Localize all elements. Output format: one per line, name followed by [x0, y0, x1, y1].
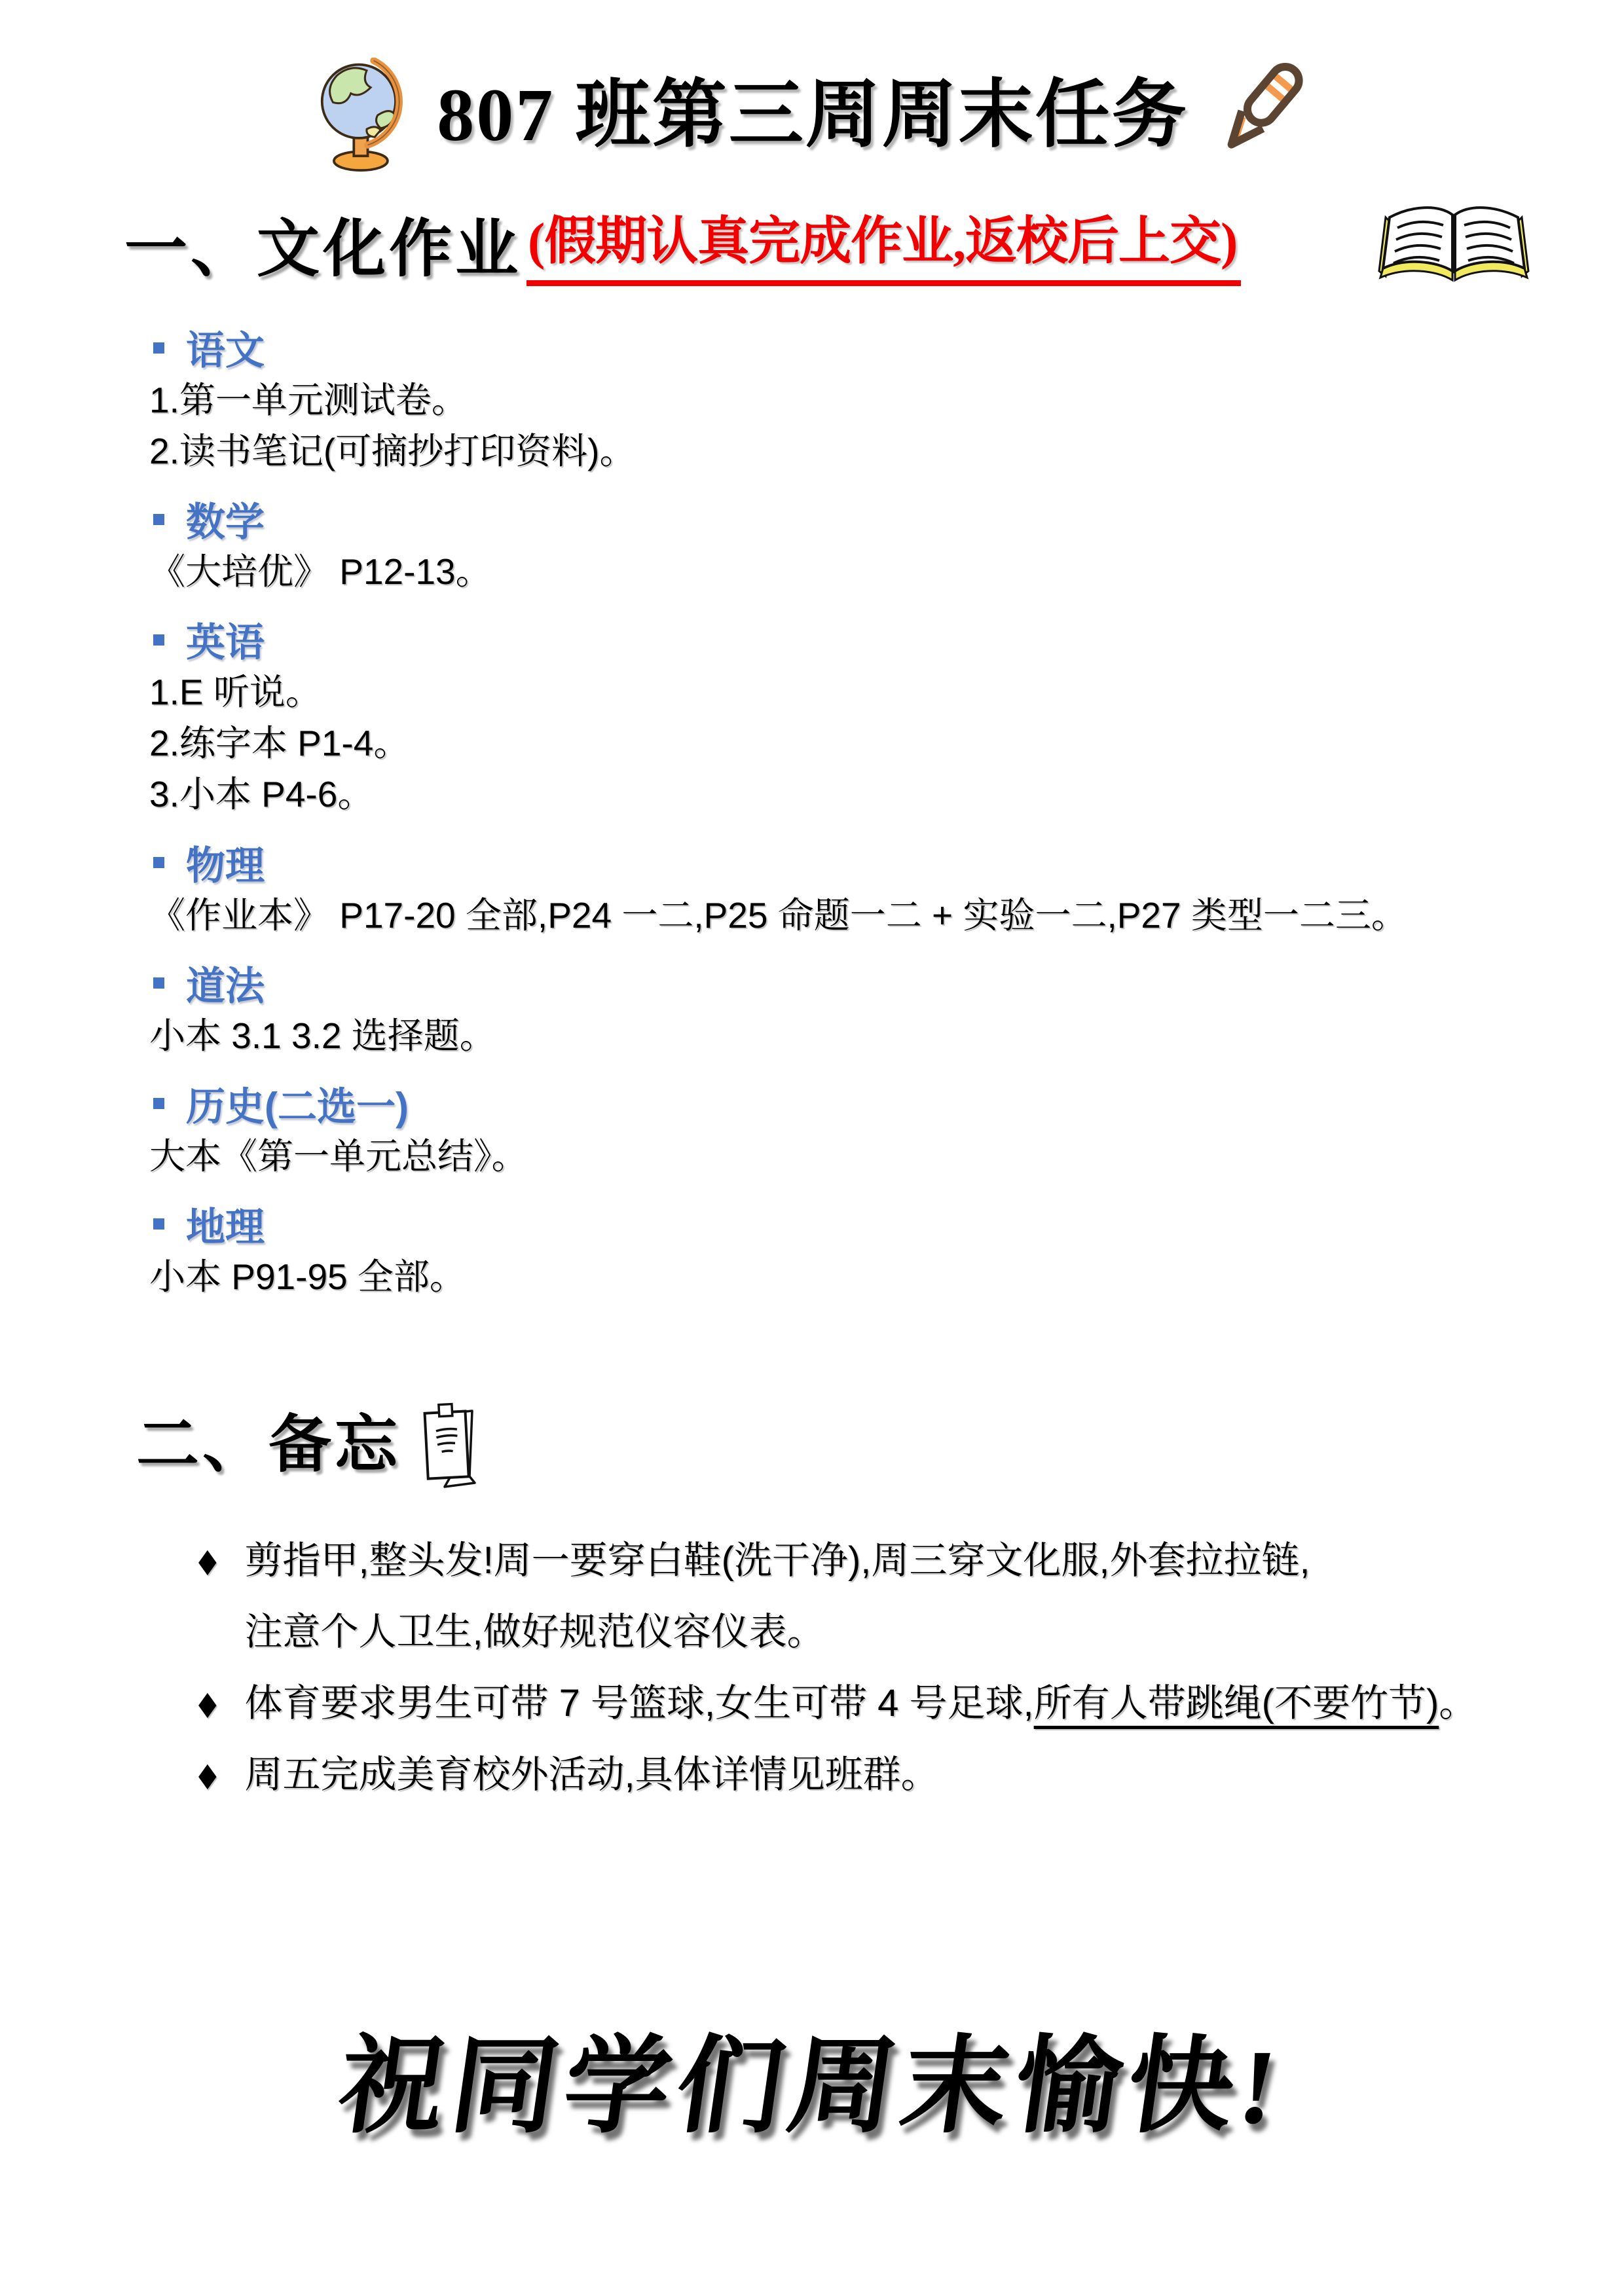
- homework-item: 3.小本 P4-6。: [149, 769, 1624, 820]
- homework-item: 2.读书笔记(可摘抄打印资料)。: [149, 426, 1624, 477]
- homework-item: 2.练字本 P1-4。: [149, 718, 1624, 769]
- subject-ethics: 道法 小本 3.1 3.2 选择题。: [149, 957, 1624, 1061]
- homework-item: 《大培优》 P12-13。: [149, 546, 1624, 597]
- subject-name: 数学: [186, 491, 265, 547]
- subject-math: 数学 《大培优》 P12-13。: [149, 492, 1624, 597]
- homework-item: 小本 3.1 3.2 选择题。: [149, 1010, 1624, 1061]
- subject-physics: 物理 《作业本》 P17-20 全部,P24 一二,P25 命题一二 + 实验一…: [149, 836, 1624, 941]
- diamond-bullet-icon: ◆: [198, 1739, 217, 1810]
- homework-item: 1.第一单元测试卷。: [149, 374, 1624, 426]
- homework-item: 《作业本》 P17-20 全部,P24 一二,P25 命题一二 + 实验一二,P…: [149, 890, 1624, 941]
- pencil-icon: [1211, 71, 1309, 160]
- memo-line: 注意个人卫生,做好规范仪容仪表。: [244, 1596, 1310, 1667]
- subject-chinese: 语文 1.第一单元测试卷。 2.读书笔记(可摘抄打印资料)。: [149, 321, 1624, 477]
- subject-name: 英语: [186, 611, 265, 668]
- diamond-bullet-icon: ◆: [198, 1667, 217, 1739]
- homework-section-header: 一、文化作业 (假期认真完成作业,返校后上交): [124, 200, 1532, 299]
- page-title: 807 班第三周周末任务: [437, 69, 1189, 162]
- subject-name: 历史(二选一): [186, 1076, 409, 1132]
- title-row: 807 班第三周周末任务: [0, 58, 1624, 173]
- subject-name: 地理: [186, 1196, 265, 1252]
- homework-item: 大本《第一单元总结》。: [149, 1131, 1624, 1182]
- footer: 祝同学们周末愉快!: [0, 2001, 1624, 2153]
- subject-geography: 地理 小本 P91-95 全部。: [149, 1197, 1624, 1302]
- homework-note: (假期认真完成作业,返校后上交): [526, 213, 1241, 286]
- homework-heading: 一、文化作业: [124, 211, 521, 287]
- square-bullet-icon: [153, 342, 164, 354]
- memo-heading: 二、备忘: [136, 1407, 401, 1482]
- square-bullet-icon: [153, 977, 164, 989]
- memo-section-header: 二、备忘: [136, 1399, 1624, 1491]
- document-page: 807 班第三周周末任务 一、文化作业 (假期认真完成作业,返校后上交): [0, 0, 1624, 2296]
- subject-name: 语文: [186, 319, 265, 376]
- subject-history: 历史(二选一) 大本《第一单元总结》。: [149, 1077, 1624, 1182]
- square-bullet-icon: [153, 857, 164, 868]
- memo-text-plain: 。: [1439, 1682, 1477, 1724]
- memo-item: ◆ 体育要求男生可带 7 号篮球,女生可带 4 号足球,所有人带跳绳(不要竹节)…: [198, 1667, 1564, 1739]
- diamond-bullet-icon: ◆: [198, 1525, 217, 1667]
- memo-text-plain: 周五完成美育校外活动,具体详情见班群。: [244, 1739, 938, 1810]
- subject-name: 道法: [186, 955, 265, 1011]
- open-book-icon: [1375, 200, 1532, 299]
- globe-icon: [315, 58, 415, 173]
- homework-item: 小本 P91-95 全部。: [149, 1251, 1624, 1302]
- clipboard-icon: [419, 1399, 479, 1491]
- memo-line: 剪指甲,整头发!周一要穿白鞋(洗干净),周三穿文化服,外套拉拉链,: [244, 1525, 1310, 1596]
- subject-list: 语文 1.第一单元测试卷。 2.读书笔记(可摘抄打印资料)。 数学 《大培优》 …: [149, 321, 1624, 1302]
- memo-text-underlined: 所有人带跳绳(不要竹节): [1034, 1682, 1439, 1724]
- footer-message: 祝同学们周末愉快!: [330, 2001, 1295, 2153]
- homework-item: 1.E 听说。: [149, 666, 1624, 718]
- square-bullet-icon: [153, 514, 164, 525]
- square-bullet-icon: [153, 1098, 164, 1109]
- memo-item: ◆ 周五完成美育校外活动,具体详情见班群。: [198, 1739, 1564, 1810]
- square-bullet-icon: [153, 1218, 164, 1230]
- memo-text-plain: 体育要求男生可带 7 号篮球,女生可带 4 号足球,: [244, 1682, 1033, 1724]
- subject-english: 英语 1.E 听说。 2.练字本 P1-4。 3.小本 P4-6。: [149, 613, 1624, 820]
- subject-name: 物理: [186, 835, 265, 891]
- square-bullet-icon: [153, 634, 164, 646]
- memo-list: ◆ 剪指甲,整头发!周一要穿白鞋(洗干净),周三穿文化服,外套拉拉链, 注意个人…: [198, 1525, 1564, 1810]
- memo-item: ◆ 剪指甲,整头发!周一要穿白鞋(洗干净),周三穿文化服,外套拉拉链, 注意个人…: [198, 1525, 1564, 1667]
